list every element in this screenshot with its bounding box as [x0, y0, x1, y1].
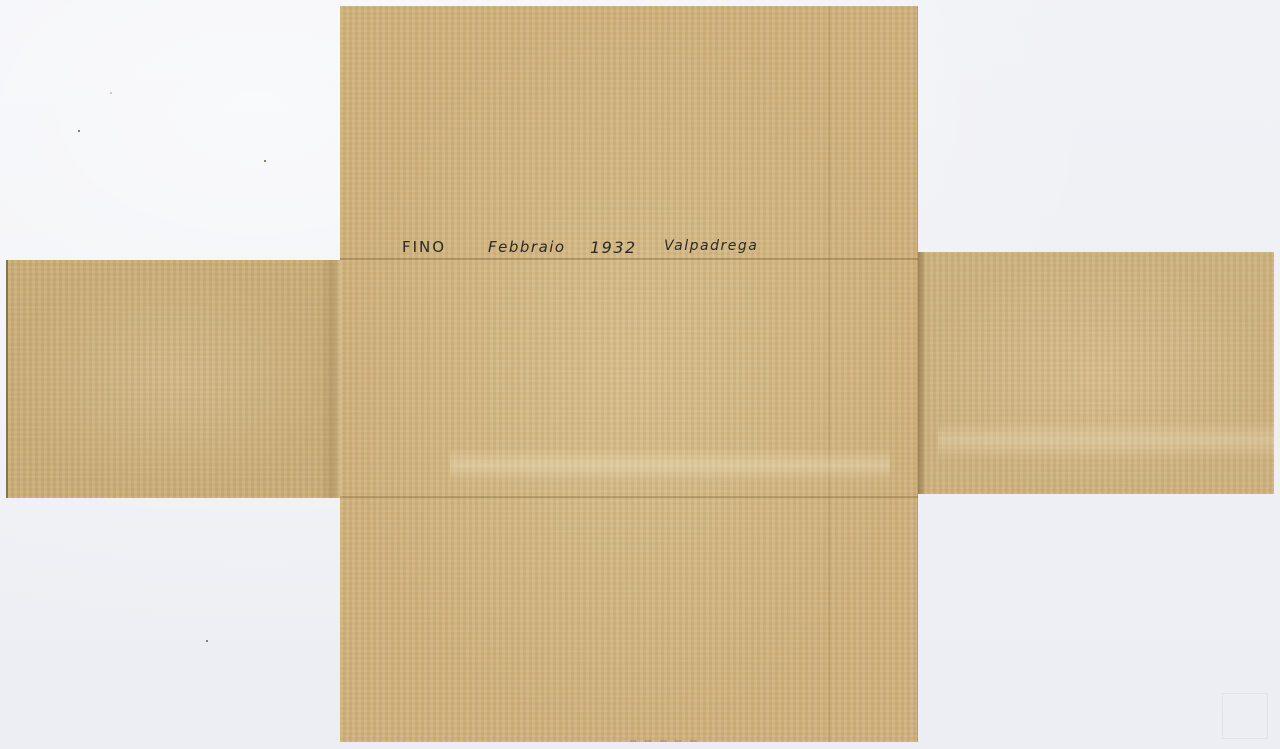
handwritten-word: FINO — [402, 238, 446, 256]
dust-speck — [264, 160, 266, 162]
fold-line-vertical — [828, 6, 830, 742]
fold-line-bottom — [340, 496, 918, 498]
envelope-center-sheet — [340, 6, 918, 742]
fold-line-top — [340, 258, 918, 260]
paper-crease — [450, 448, 890, 482]
handwritten-year: 1932 — [590, 238, 637, 257]
envelope-right-flap — [918, 252, 1274, 494]
dust-speck — [78, 130, 80, 132]
dust-speck — [206, 640, 208, 642]
envelope-left-flap — [6, 260, 342, 498]
bottom-edge-stamp: ꟷ ꟷ ꟷ ꟷ ꟷ — [630, 736, 700, 747]
handwritten-place: Valpadrega — [664, 238, 758, 254]
dust-speck — [110, 92, 112, 94]
scanner-watermark-icon — [1222, 693, 1268, 739]
handwritten-month: Febbraio — [488, 238, 566, 256]
